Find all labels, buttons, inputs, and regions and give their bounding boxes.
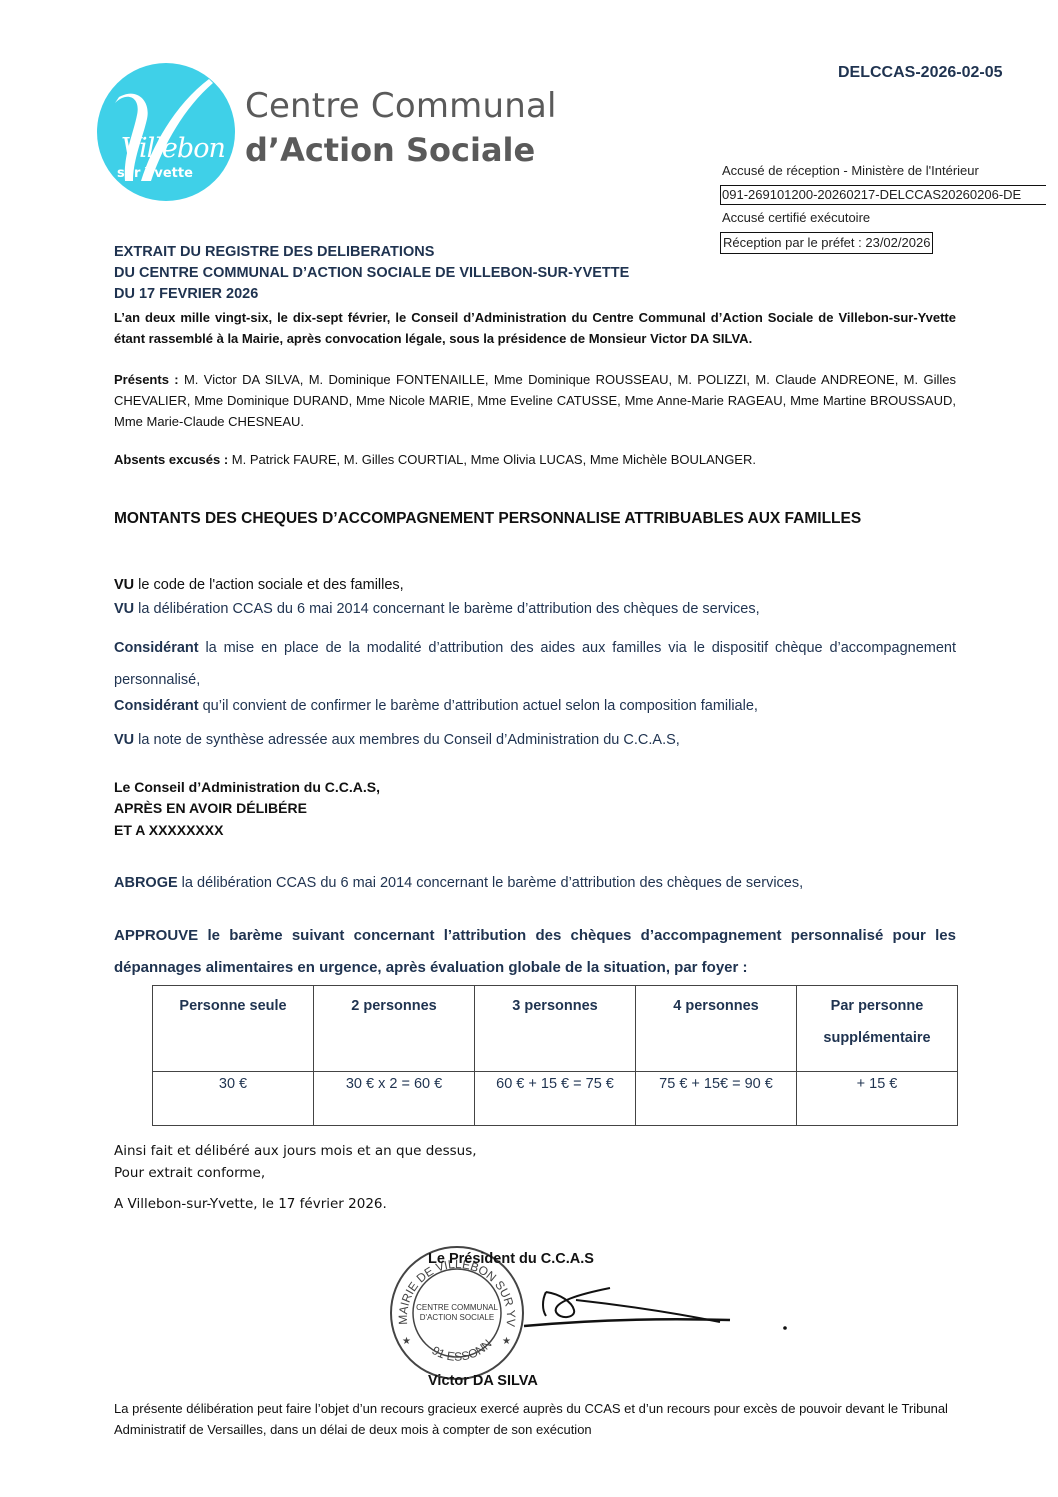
table-header: 4 personnes	[636, 986, 797, 1072]
recital: Considérant la mise en place de la modal…	[114, 632, 956, 696]
recital-keyword: Considérant	[114, 640, 199, 656]
decision-text: le barème suivant concernant l’attributi…	[114, 927, 956, 976]
absent-label: Absents excusés :	[114, 452, 228, 467]
decision-keyword: ABROGE	[114, 875, 178, 891]
org-name-line1: Centre Communal	[245, 86, 557, 126]
svg-text:★: ★	[402, 1336, 411, 1347]
register-date: DU 17 FEVRIER 2026	[114, 286, 258, 302]
signatory-title: Le Président du C.C.A.S	[428, 1251, 594, 1267]
meeting-intro: L’an deux mille vingt-six, le dix-sept f…	[114, 307, 956, 349]
seal-center-line1: CENTRE COMMUNAL	[416, 1303, 498, 1312]
decision-approuve: APPROUVE le barème suivant concernant l’…	[114, 920, 956, 984]
table-header: 2 personnes	[314, 986, 475, 1072]
recital-text: la mise en place de la modalité d’attrib…	[114, 640, 956, 688]
present-list: M. Victor DA SILVA, M. Dominique FONTENA…	[114, 372, 956, 429]
decision-text: la délibération CCAS du 6 mai 2014 conce…	[178, 875, 803, 891]
decision-abroge: ABROGE la délibération CCAS du 6 mai 201…	[114, 875, 803, 891]
recital: VU le code de l'action sociale et des fa…	[114, 577, 956, 593]
recital: VU la délibération CCAS du 6 mai 2014 co…	[114, 601, 956, 617]
recital-keyword: VU	[114, 577, 134, 593]
council-line: APRÈS EN AVOIR DÉLIBÉRE	[114, 800, 307, 816]
legal-recourse-notice: La présente délibération peut faire l’ob…	[114, 1398, 956, 1440]
recital-keyword: VU	[114, 732, 134, 748]
closing-line: Ainsi fait et délibéré aux jours mois et…	[114, 1143, 477, 1159]
table-cell: + 15 €	[797, 1072, 958, 1126]
council-line: Le Conseil d’Administration du C.C.A.S,	[114, 779, 380, 795]
table-row: 30 € 30 € x 2 = 60 € 60 € + 15 € = 75 € …	[153, 1072, 958, 1126]
handwritten-signature-icon	[520, 1280, 790, 1340]
receipt-line: Accusé de réception - Ministère de l'Int…	[722, 163, 979, 178]
closing-place-date: A Villebon-sur-Yvette, le 17 février 202…	[114, 1196, 387, 1212]
recital: Considérant qu’il convient de confirmer …	[114, 698, 956, 714]
deliberation-subject: MONTANTS DES CHEQUES D’ACCOMPAGNEMENT PE…	[114, 510, 861, 528]
org-name-line2: d’Action Sociale	[245, 131, 535, 169]
table-cell: 30 € x 2 = 60 €	[314, 1072, 475, 1126]
table-header: Personne seule	[153, 986, 314, 1072]
receipt-prefect-date: Réception par le préfet : 23/02/2026	[720, 232, 933, 254]
receipt-act-id: 091-269101200-20260217-DELCCAS20260206-D…	[720, 185, 1046, 205]
closing-line: Pour extrait conforme,	[114, 1165, 265, 1181]
signatory-name: Victor DA SILVA	[428, 1373, 538, 1389]
table-cell: 60 € + 15 € = 75 €	[475, 1072, 636, 1126]
allocation-scale-table: Personne seule 2 personnes 3 personnes 4…	[152, 985, 958, 1126]
logo-city-sub: sur Yvette	[117, 166, 193, 181]
table-header-row: Personne seule 2 personnes 3 personnes 4…	[153, 986, 958, 1072]
recital-text: qu’il convient de confirmer le barème d’…	[199, 698, 758, 714]
attendees-present: Présents : M. Victor DA SILVA, M. Domini…	[114, 369, 956, 432]
table-cell: 30 €	[153, 1072, 314, 1126]
recital-text: le code de l'action sociale et des famil…	[134, 577, 404, 593]
recital-text: la délibération CCAS du 6 mai 2014 conce…	[134, 601, 759, 617]
recital-text: la note de synthèse adressée aux membres…	[134, 732, 680, 748]
recital: VU la note de synthèse adressée aux memb…	[114, 732, 956, 748]
table-header: 3 personnes	[475, 986, 636, 1072]
council-vote: ET A XXXXXXXX	[114, 822, 223, 838]
table-cell: 75 € + 15€ = 90 €	[636, 1072, 797, 1126]
logo-city-name: Villebon	[121, 133, 225, 164]
absent-list: M. Patrick FAURE, M. Gilles COURTIAL, Mm…	[228, 452, 756, 467]
register-org: DU CENTRE COMMUNAL D’ACTION SOCIALE DE V…	[114, 265, 629, 281]
register-title: EXTRAIT DU REGISTRE DES DELIBERATIONS	[114, 244, 434, 260]
table-header: Par personne supplémentaire	[797, 986, 958, 1072]
decision-keyword: APPROUVE	[114, 927, 198, 944]
villebon-logo: Villebon sur Yvette	[97, 63, 235, 201]
present-label: Présents :	[114, 372, 179, 387]
deliberation-reference: DELCCAS-2026-02-05	[838, 64, 1003, 82]
recital-keyword: VU	[114, 601, 134, 617]
attendees-absent: Absents excusés : M. Patrick FAURE, M. G…	[114, 449, 956, 470]
svg-text:★: ★	[502, 1336, 511, 1347]
seal-center-line2: D'ACTION SOCIALE	[420, 1313, 494, 1322]
recital-keyword: Considérant	[114, 698, 199, 714]
receipt-executory: Accusé certifié exécutoire	[722, 210, 870, 225]
